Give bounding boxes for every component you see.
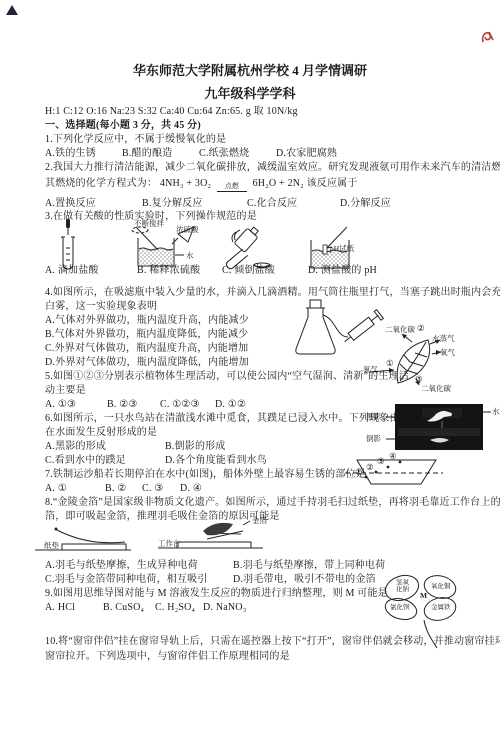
scan-artifact-red-mark (479, 28, 497, 46)
q3-caption-d: D. 测盐酸的 pH (308, 265, 377, 277)
exam-page: 华东师范大学附属杭州学校 4 月学情调研 九年级科学学科 H:1 C:12 O:… (0, 0, 500, 737)
q2-stem: 2.我国大力推行清洁能源，减少二氧化碳排放，减缓温室效应。研究发现液氨可用作未来… (45, 162, 500, 174)
q10-stem-2: 窗帘拉开。下列选项中，与窗帘伴侣工作原理相同的是 (45, 651, 290, 663)
q7-option-a: A. ① (45, 483, 67, 495)
pad-label: 纸垫 (44, 542, 59, 550)
q4-stem-2: 白雾，这一实验现象表明 (45, 301, 157, 313)
circle-2-label: ② (417, 324, 425, 333)
clover-naoh-line2: 化钠 (396, 586, 409, 593)
q2-option-b: B.复分解反应 (142, 198, 203, 210)
waterbird-photo (362, 402, 500, 454)
q6-option-a: A.黑影的形成 (45, 441, 106, 453)
scan-artifact-triangle (6, 5, 18, 15)
q2-equation-right: 6H₂O + 2N₂ (253, 178, 304, 189)
q3-caption-a: A. 滴加盐酸 (45, 265, 99, 277)
hull-point-1: ① (355, 468, 363, 477)
circle-1-label: ① (386, 359, 394, 368)
q6-stem-2: 在水面发生反射形成的是 (45, 427, 157, 439)
q1-option-c: C.纸张燃烧 (199, 148, 249, 160)
q1-option-b: B.醋的酿造 (122, 148, 172, 160)
q5-option-b: B. ②③ (107, 399, 138, 411)
clover-bacl2-label: 氯化钡 (390, 604, 410, 611)
gold-foil-label: 金箔 (252, 517, 267, 525)
q9-option-a: A. HCl (45, 602, 75, 614)
q8-option-c: C.羽毛与金箔带同种电荷，相互吸引 (45, 574, 208, 586)
co2-top-label: 二氧化碳 (385, 326, 415, 334)
q6-stem-1: 6.如图所示，一只水鸟站在清澈浅水滩中觅食，其蹼足已浸入水中。下列现象由光 (45, 413, 410, 425)
reflection-label: 倒影 (366, 435, 381, 443)
q3-caption-b: B. 稀释浓硫酸 (137, 265, 200, 277)
ph-paper-label: pH试纸 (330, 245, 354, 253)
vapor-label: 水蒸气 (432, 335, 455, 343)
atomic-mass-line: H:1 C:12 O:16 Na:23 S:32 Ca:40 Cu:64 Zn:… (45, 106, 298, 118)
q2-option-d: D.分解反应 (340, 198, 391, 210)
dropper-test-tube-diagram (52, 218, 86, 272)
clover-iron-label: 金属铁 (431, 604, 451, 611)
exam-subtitle: 九年级科学学科 (0, 86, 500, 101)
q5-option-a: A. ①③ (45, 399, 76, 411)
reaction-condition: 点燃 (225, 183, 239, 190)
q2-option-c: C.化合反应 (247, 198, 297, 210)
q1-option-a: A.铁的生锈 (45, 148, 96, 160)
q4-option-a: A.气体对外界做功，瓶内温度升高，内能减少 (45, 315, 249, 327)
q8-option-b: B.羽毛与纸垫摩擦，带上同种电荷 (233, 560, 385, 572)
reaction-arrow: 点燃 (217, 183, 247, 192)
q6-option-d: D.各个角度能看到水鸟 (165, 455, 267, 467)
q6-option-b: B.倒影的形成 (165, 441, 226, 453)
q4-option-d: D.外界对气体做功，瓶内温度降低，内能增加 (45, 357, 249, 369)
q9-option-b: B. CuSO₄ (103, 602, 144, 614)
q7-option-d: D. ④ (180, 483, 202, 495)
q4-option-c: C.外界对气体做功，瓶内温度升高，内能增加 (45, 343, 248, 355)
q1-stem: 1.下列化学反应中，不属于缓慢氧化的是 (45, 134, 226, 146)
clover-cuo-label: 氧化铜 (431, 583, 451, 590)
clover-center-m: M (420, 592, 427, 600)
q2-equation-suffix: 该反应属于 (307, 178, 358, 189)
acid-label: 浓硫酸 (176, 226, 199, 234)
q7-stem: 7.铁制运沙船若长期停泊在水中(如图)，船体外壁上最容易生锈的部位是 (45, 469, 366, 481)
exam-title: 华东师范大学附属杭州学校 4 月学情调研 (0, 63, 500, 78)
q2-equation: 其燃烧的化学方程式为： 4NH₃ + 3O₂ 点燃 6H₂O + 2N₂ 该反应… (45, 178, 358, 192)
q5-option-c: C. ①②③ (160, 399, 200, 411)
q2-equation-left: 4NH₃ + 3O₂ (160, 178, 211, 189)
q1-option-d: D.农家肥腐熟 (276, 148, 337, 160)
co2-bottom-label: 二氧化碳 (421, 385, 451, 393)
q4-stem-1: 4.如图所示，在吸滤瓶中装入少量的水，并滴入几滴酒精。用气筒往瓶里打气，当塞子跳… (45, 287, 500, 299)
q2-option-a: A.置换反应 (45, 198, 96, 210)
q10-stem-1: 10.将“窗帘伴侣”挂在窗帘导轨上后，只需在遥控器上按下“打开”，窗帘伴侣就会移… (45, 636, 500, 648)
circle-3-label: ③ (415, 375, 423, 384)
q9-stem: 9.如图用思维导图对能与 M 溶液发生反应的物质进行归纳整理，则 M 可能是 (45, 588, 388, 600)
hull-point-2: ② (366, 463, 374, 472)
stir-label: 不断搅拌 (134, 220, 164, 228)
q4-option-b: B.气体对外界做功，瓶内温度降低，内能减少 (45, 329, 248, 341)
water-label: 水 (186, 252, 194, 260)
worktable-label: 工作台 (158, 540, 181, 548)
q2-equation-prefix: 其燃烧的化学方程式为： (45, 178, 157, 189)
q8-option-d: D.羽毛带电，吸引不带电的金箔 (233, 574, 376, 586)
q6-option-c: C.看到水中的蹼足 (45, 455, 126, 467)
shadow-label: 黑影 (366, 413, 381, 421)
hull-point-3: ③ (377, 457, 385, 466)
q3-caption-c: C. 倾倒盐酸 (222, 265, 275, 277)
hull-point-4: ④ (389, 452, 397, 461)
q5-option-d: D. ①② (215, 399, 246, 411)
q9-option-d: D. NaNO₃ (203, 602, 246, 614)
q7-option-b: B. ② (105, 483, 126, 495)
clover-naoh-line1: 氢氧 (396, 579, 409, 586)
q5-stem-1: 5.如图①②③分别表示植物体生理活动，可以使公园内“空气湿润、清新”的生理活 (45, 371, 409, 383)
q8-option-a: A.羽毛与纸垫摩擦，生成异种电荷 (45, 560, 198, 572)
q5-stem-2: 动主要是 (45, 385, 86, 397)
q7-option-c: C. ③ (142, 483, 163, 495)
q9-option-c: C. H₂SO₄ (155, 602, 195, 614)
water-photo-label: 水 (492, 408, 500, 416)
o2-right-label: 氧气 (440, 349, 455, 357)
section-heading: 一、选择题(每小题 3 分，共 45 分) (45, 120, 201, 132)
o2-left-label: 氧气 (363, 366, 378, 374)
q8-stem-1: 8.“金陵金箔”是国家级非物质文化遗产。如图所示，通过手持羽毛扫过纸垫，再将羽毛… (45, 497, 500, 509)
boat-hull-diagram (343, 452, 498, 492)
